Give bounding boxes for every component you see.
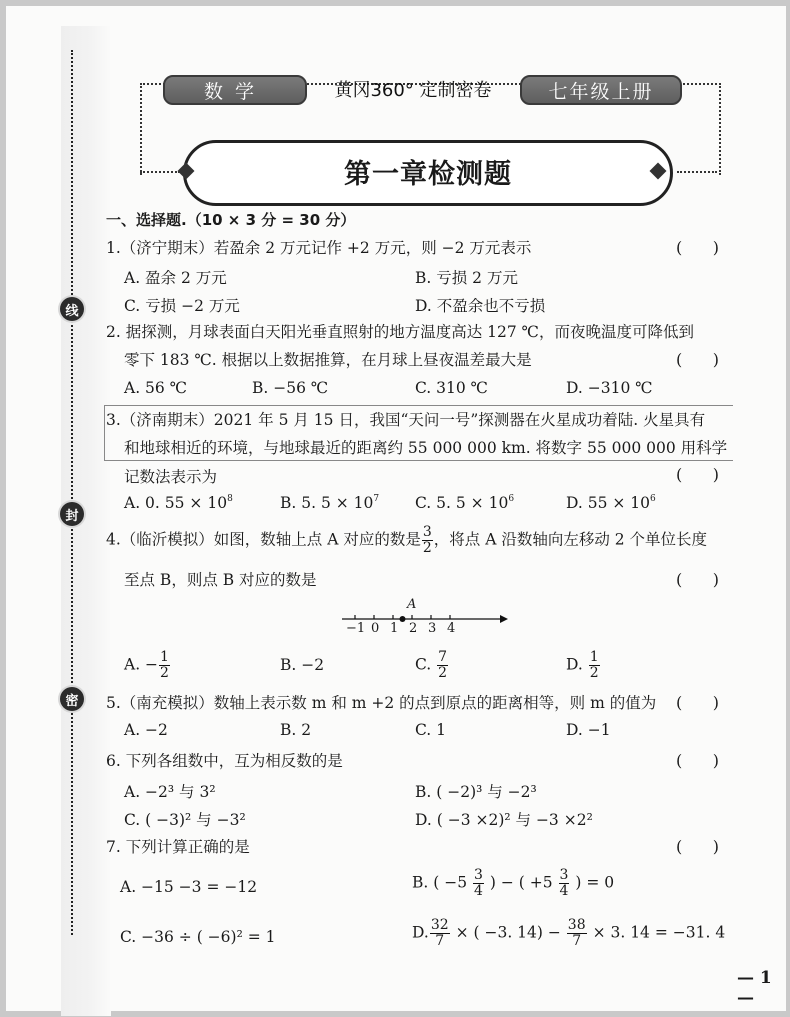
q7-b-frac2-den: 4 <box>559 884 570 899</box>
q7-d-frac1-den: 7 <box>430 934 450 949</box>
q7-option-d: D.327 × ( −3. 14) − 387 × 3. 14 = −31. 4 <box>412 918 725 949</box>
q6-option-a: A. −2³ 与 3² <box>124 780 216 802</box>
q3-option-c-exp: 6 <box>508 494 514 504</box>
question-4-text-line1: 4.（临沂模拟）如图，数轴上点 A 对应的数是32，将点 A 沿数轴向左移动 2… <box>106 525 707 556</box>
q3-option-b: B. 5. 5 × 107 <box>280 494 379 512</box>
q7-option-a: A. −15 −3 = −12 <box>120 878 257 896</box>
q7-b-frac1-den: 4 <box>473 884 484 899</box>
brand-title: 黄冈360° 定制密卷 <box>308 76 518 102</box>
q4-option-a-frac: 12 <box>159 650 170 681</box>
q7-d-frac2-den: 7 <box>567 934 587 949</box>
q4-option-d: D. 12 <box>566 650 601 681</box>
q4-option-d-label: D. <box>566 656 588 674</box>
tick-label-0: 0 <box>371 621 379 636</box>
binding-label-feng: 封 <box>60 502 84 526</box>
q2-option-c: C. 310 ℃ <box>415 379 488 397</box>
answer-blank-5[interactable]: ( ) <box>676 693 719 712</box>
q6-option-c: C. ( −3)² 与 −3² <box>124 808 246 830</box>
q3-option-c: C. 5. 5 × 106 <box>415 494 514 512</box>
question-2-text-line2: 零下 183 ℃. 根据以上数据推算，在月球上昼夜温差最大是 <box>124 350 532 370</box>
q4-option-d-frac: 12 <box>589 650 600 681</box>
q4-option-a-label: A. − <box>124 656 158 674</box>
q1-option-c: C. 亏损 −2 万元 <box>124 294 240 316</box>
q7-option-b-frac2: 34 <box>559 868 570 899</box>
q1-option-d: D. 不盈余也不亏损 <box>415 294 545 316</box>
number-line-figure <box>340 597 510 642</box>
tick-label-1: 1 <box>390 621 398 636</box>
q3-option-b-exp: 7 <box>373 494 379 504</box>
q4-fraction-num: 3 <box>422 525 433 541</box>
question-7-text: 7. 下列计算正确的是 <box>106 837 250 857</box>
q1-option-a: A. 盈余 2 万元 <box>124 266 227 288</box>
question-6-text: 6. 下列各组数中，互为相反数的是 <box>106 751 343 771</box>
q5-option-d: D. −1 <box>566 721 611 739</box>
q7-option-b-suffix: ) = 0 <box>575 874 614 892</box>
subject-badge: 数学 <box>163 75 307 105</box>
question-1-text: 1.（济宁期末）若盈余 2 万元记作 +2 万元，则 −2 万元表示 <box>106 238 531 258</box>
q5-option-b: B. 2 <box>280 721 311 739</box>
answer-blank-1[interactable]: ( ) <box>676 238 719 257</box>
q4-fraction-den: 2 <box>422 541 433 556</box>
q4-option-b: B. −2 <box>280 656 324 674</box>
q4-option-d-den: 2 <box>589 666 600 681</box>
q1-option-b: B. 亏损 2 万元 <box>415 266 518 288</box>
q7-option-b: B. ( −5 34 ) − ( +5 34 ) = 0 <box>412 868 614 899</box>
q3-option-c-base: C. 5. 5 × 10 <box>415 494 508 512</box>
q4-option-c-num: 7 <box>437 650 448 666</box>
q3-option-d-base: D. 55 × 10 <box>566 494 650 512</box>
question-4-text-line2: 至点 B，则点 B 对应的数是 <box>124 570 317 590</box>
q7-option-b-prefix: B. ( −5 <box>412 874 467 892</box>
question-3-text-line3: 记数法表示为 <box>124 467 217 487</box>
page-number: — 1 — <box>737 968 790 1008</box>
answer-blank-6[interactable]: ( ) <box>676 751 719 770</box>
question-3-text-line2: 和地球相近的环境，与地球最近的距离约 55 000 000 km. 将数字 55… <box>124 438 727 458</box>
binding-label-mi: 密 <box>60 687 84 711</box>
q3-option-b-base: B. 5. 5 × 10 <box>280 494 373 512</box>
binding-label-xian: 线 <box>60 297 84 321</box>
q7-d-frac2-num: 38 <box>567 918 587 934</box>
q3-option-d-exp: 6 <box>650 494 656 504</box>
q4-option-a: A. −12 <box>124 650 171 681</box>
q4-option-c-den: 2 <box>437 666 448 681</box>
q7-option-d-prefix: D. <box>412 924 429 942</box>
q7-option-d-suffix: × 3. 14 = −31. 4 <box>593 924 726 942</box>
number-line-point-a-label: A <box>407 597 416 612</box>
answer-blank-4[interactable]: ( ) <box>676 570 719 589</box>
q7-option-d-frac1: 327 <box>430 918 450 949</box>
question-2-text-line1: 2. 据探测，月球表面白天阳光垂直照射的地方温度高达 127 ℃，而夜晚温度可降… <box>106 322 694 342</box>
q4-option-d-num: 1 <box>589 650 600 666</box>
q4-option-c: C. 72 <box>415 650 449 681</box>
q3-option-a: A. 0. 55 × 108 <box>124 494 233 512</box>
q7-option-d-mid: × ( −3. 14) − <box>456 924 561 942</box>
q4-option-c-label: C. <box>415 656 436 674</box>
tick-label-4: 4 <box>447 621 455 636</box>
header-dotted-frame-left <box>140 171 180 173</box>
section-title: 一、选择题.（10 × 3 分 = 30 分） <box>106 210 355 230</box>
q3-option-a-exp: 8 <box>227 494 233 504</box>
q2-option-d: D. −310 ℃ <box>566 379 653 397</box>
question-3-text-line1: 3.（济南期末）2021 年 5 月 15 日，我国“天问一号”探测器在火星成功… <box>106 410 705 430</box>
answer-blank-2[interactable]: ( ) <box>676 350 719 369</box>
answer-blank-7[interactable]: ( ) <box>676 837 719 856</box>
q4-option-a-den: 2 <box>159 666 170 681</box>
q7-option-c: C. −36 ÷ ( −6)² = 1 <box>120 928 276 946</box>
chapter-title: 第一章检测题 <box>183 152 673 191</box>
q2-option-b: B. −56 ℃ <box>252 379 328 397</box>
q4-option-c-frac: 72 <box>437 650 448 681</box>
q4-text-prefix: 4.（临沂模拟）如图，数轴上点 A 对应的数是 <box>106 531 421 549</box>
q7-option-b-mid: ) − ( +5 <box>490 874 553 892</box>
tick-label-3: 3 <box>428 621 436 636</box>
q7-option-b-frac1: 34 <box>473 868 484 899</box>
q6-option-d: D. ( −3 ×2)² 与 −3 ×2² <box>415 808 593 830</box>
q6-option-b: B. ( −2)³ 与 −2³ <box>415 780 537 802</box>
binding-dotted-line <box>71 50 73 935</box>
header-dotted-frame-right <box>677 171 717 173</box>
q5-option-a: A. −2 <box>124 721 168 739</box>
q3-option-d: D. 55 × 106 <box>566 494 656 512</box>
q5-option-c: C. 1 <box>415 721 446 739</box>
q3-option-a-base: A. 0. 55 × 10 <box>124 494 227 512</box>
answer-blank-3[interactable]: ( ) <box>676 465 719 484</box>
question-5-text: 5.（南充模拟）数轴上表示数 m 和 m +2 的点到原点的距离相等，则 m 的… <box>106 693 656 713</box>
tick-label-2: 2 <box>409 621 417 636</box>
q7-b-frac1-num: 3 <box>473 868 484 884</box>
grade-badge: 七年级上册 <box>520 75 682 105</box>
q4-option-a-num: 1 <box>159 650 170 666</box>
q2-option-a: A. 56 ℃ <box>124 379 187 397</box>
tick-label-neg1: −1 <box>346 621 365 636</box>
q4-fraction: 32 <box>422 525 433 556</box>
q7-b-frac2-num: 3 <box>559 868 570 884</box>
q4-text-suffix: ，将点 A 沿数轴向左移动 2 个单位长度 <box>434 531 707 549</box>
q7-d-frac1-num: 32 <box>430 918 450 934</box>
q7-option-d-frac2: 387 <box>567 918 587 949</box>
